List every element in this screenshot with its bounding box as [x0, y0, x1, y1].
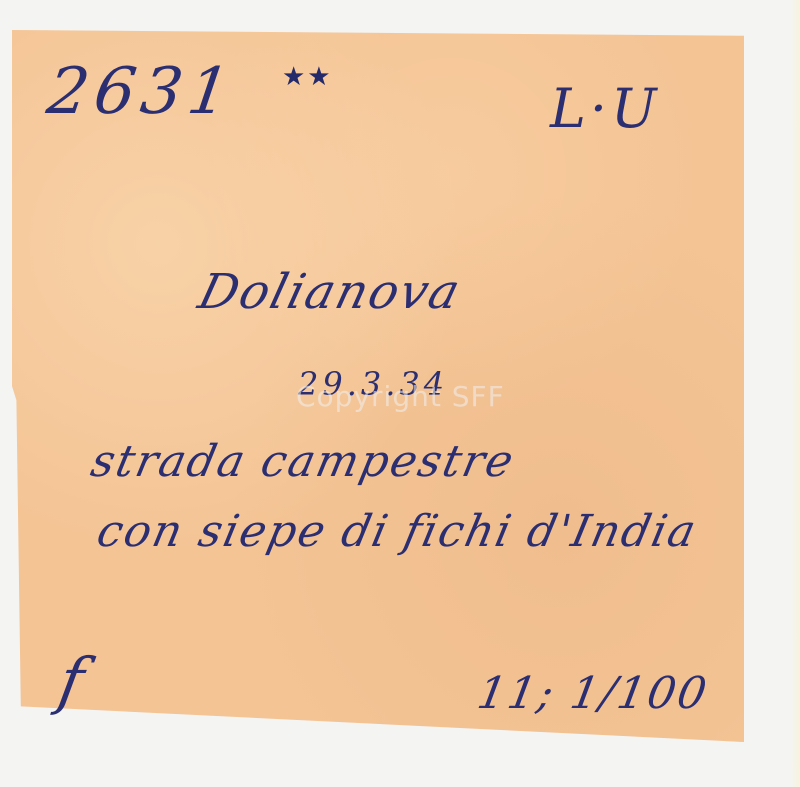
locality-name: Dolianova [194, 268, 466, 316]
catalog-number: 2631 [44, 60, 240, 124]
description-line-2: con siepe di fichi d'India [93, 510, 701, 554]
description-line-1: strada campestre [87, 440, 518, 484]
copyright-watermark: Copyright SFF [296, 380, 505, 413]
scan-edge [790, 0, 800, 787]
exposure-note: 11; 1/100 [474, 672, 711, 716]
classification-code: L·U [550, 82, 661, 136]
scan-background: 2631 ★★ L·U Dolianova 29.3.34 Copyright … [0, 0, 800, 787]
star-marks-icon: ★★ [282, 62, 333, 92]
